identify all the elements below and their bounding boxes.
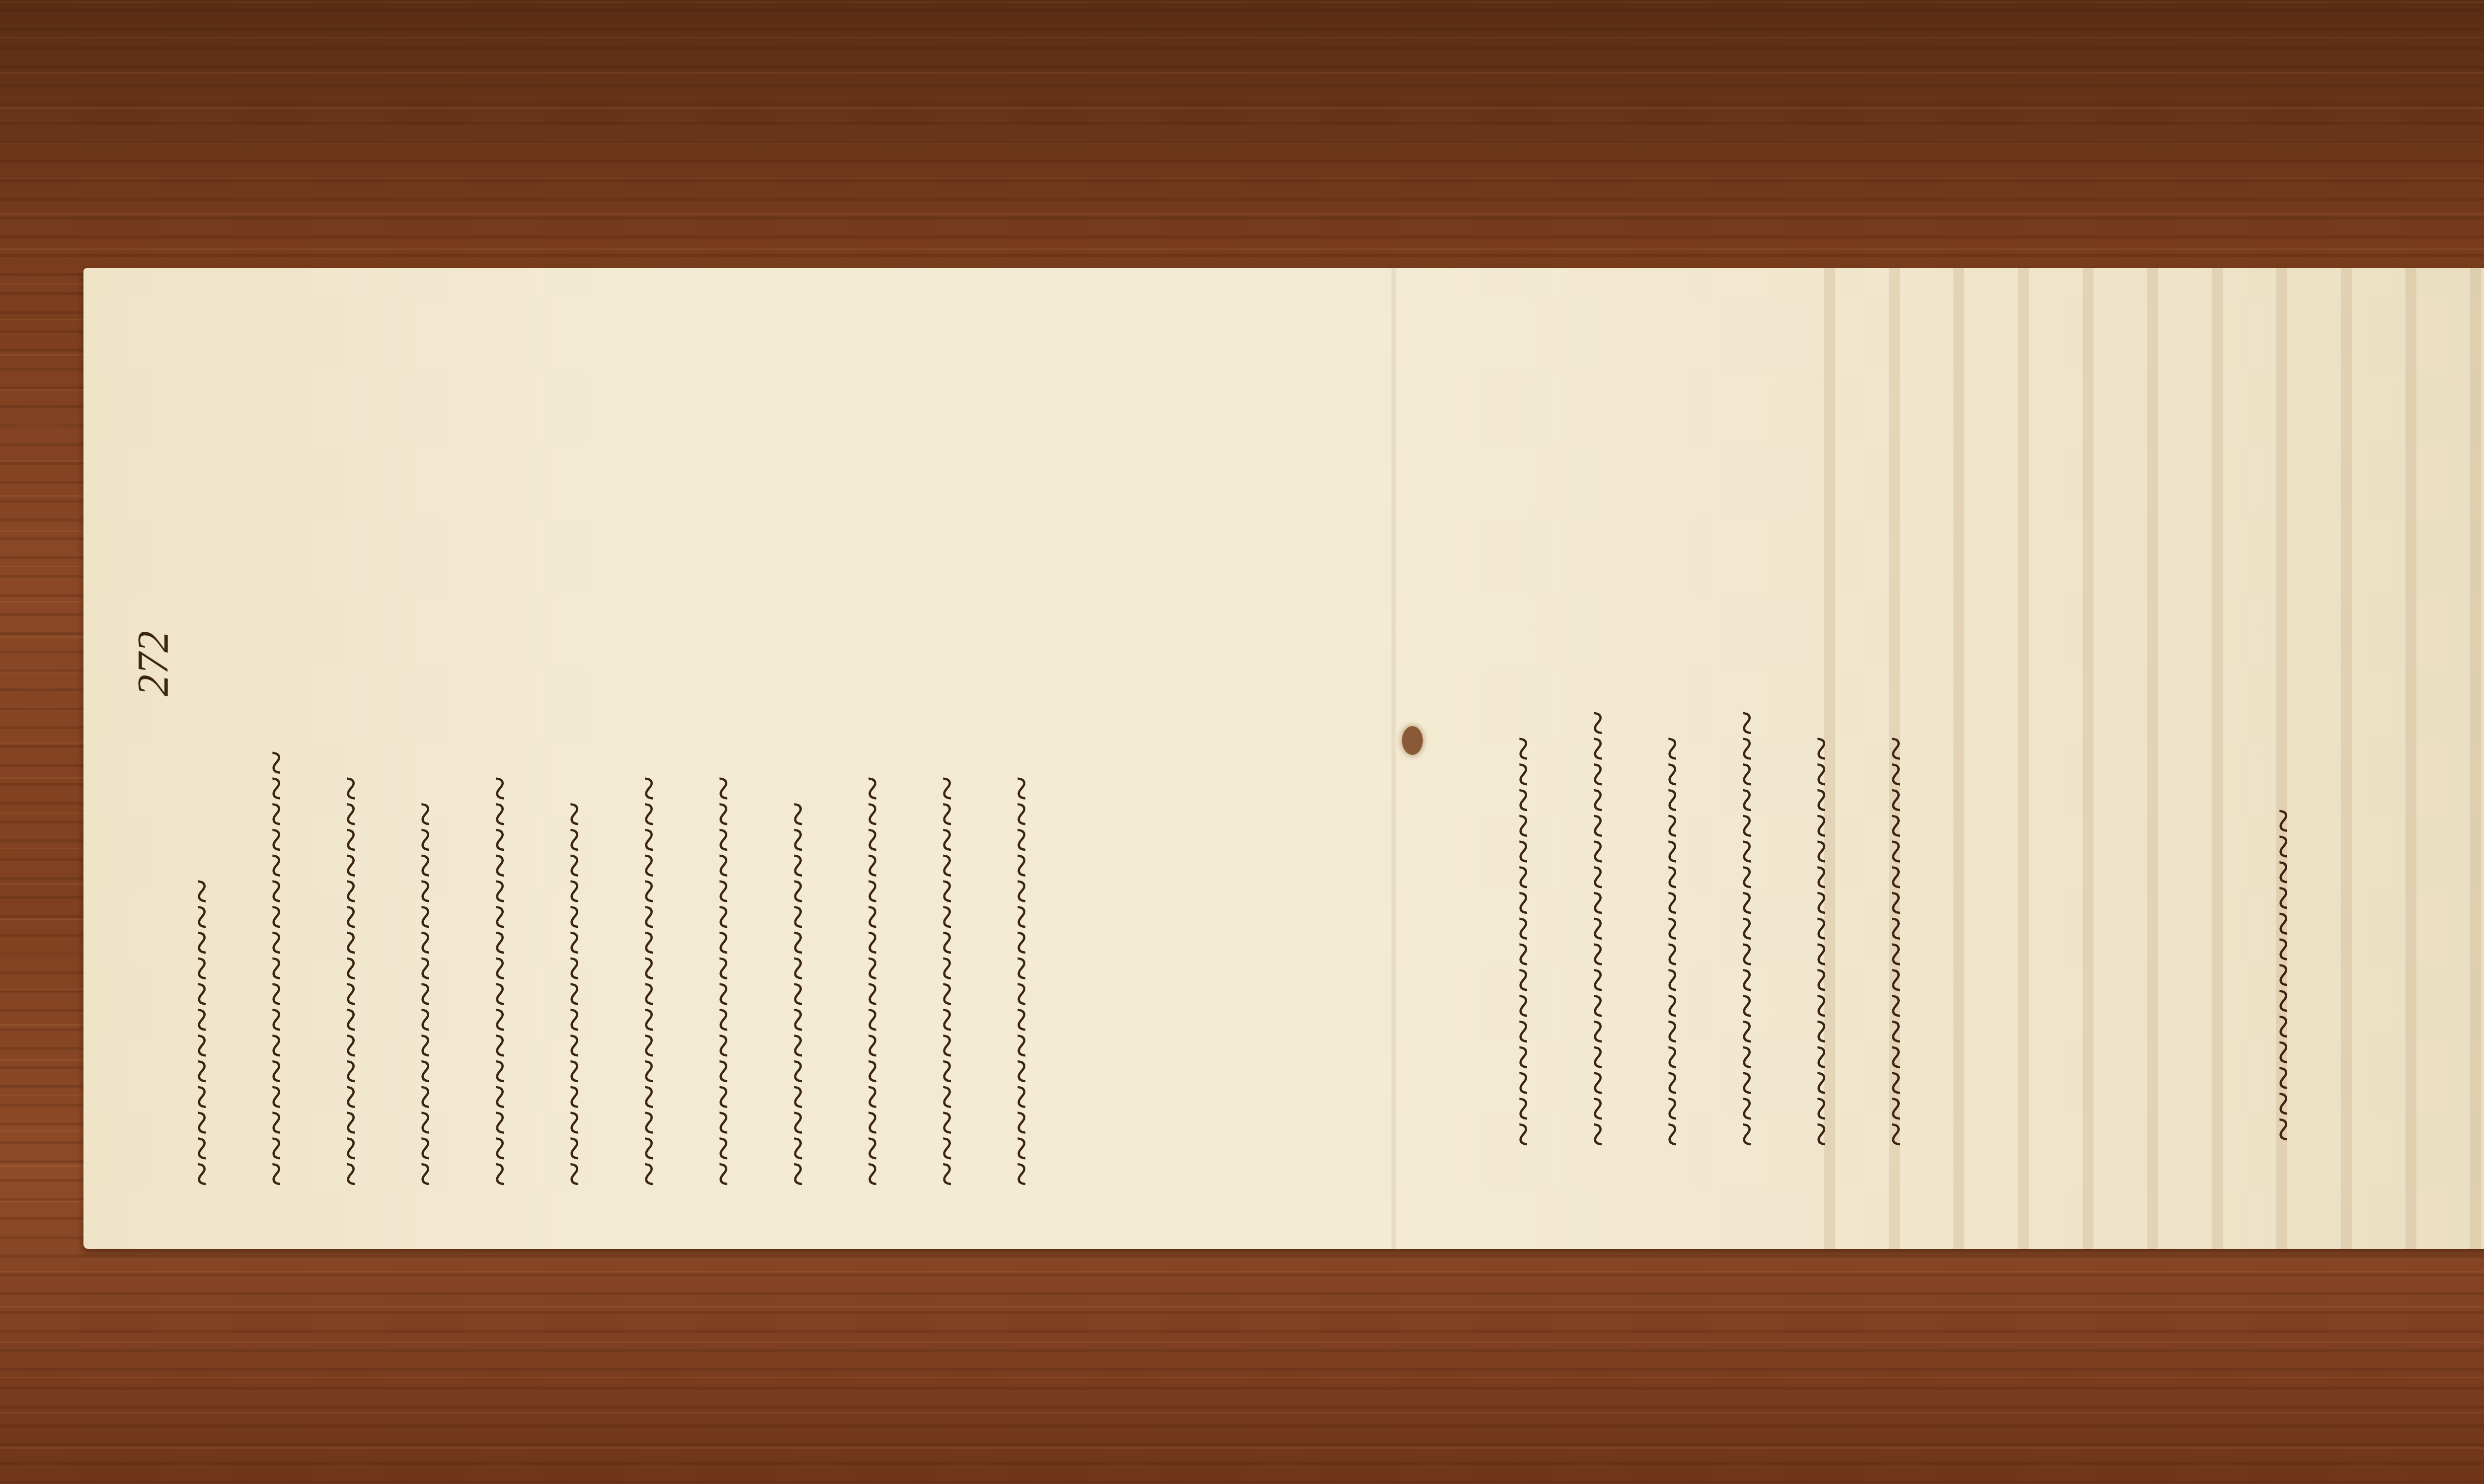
text-line: ~~~~~~~~~~~~ (164, 318, 238, 1187)
text-line: ~~~~~~~~~~~~~~~~ (1858, 377, 1933, 1147)
text-line: ~~~~~~~~~~~~~~~~ (1485, 377, 1560, 1147)
text-line: ~~~~~~~~~~~~~~~~ (835, 318, 909, 1187)
text-line: ~~~~~~~~~~~~~~~~~ (238, 318, 313, 1187)
text-line: ~~~~~~~~~~~~~~~~ (313, 318, 388, 1187)
paper-hole (1402, 726, 1423, 755)
text-line: ~~~~~~~~~~~~~~~~ (1784, 377, 1858, 1147)
text-block-left: ~~~~~~~~~~~~ ~~~~~~~~~~~~~~~~~ ~~~~~~~~~… (164, 318, 1058, 1187)
text-line: ~~~~~~~~~~~~~~~ (760, 318, 835, 1187)
paper-fold (1390, 268, 1397, 1249)
text-line: ~~~~~~~~~~~~~~~~ (909, 318, 984, 1187)
text-line: ~~~~~~~~~~~~~~~~ (984, 318, 1058, 1187)
text-line: ~~~~~~~~~~~~~~~~~ (1560, 377, 1634, 1147)
text-line: ~~~~~~~~~~~~~~~~ (611, 318, 686, 1187)
text-line: ~~~~~~~~~~~~~~~~ (1634, 377, 1709, 1147)
text-line: ~~~~~~~~~~~~~ (2246, 497, 2320, 1142)
text-line: ~~~~~~~~~~~~~~~~~ (1709, 377, 1784, 1147)
text-line: ~~~~~~~~~~~~~~~~ (462, 318, 537, 1187)
text-block-address: ~~~~~~~~~~~~~ (2246, 497, 2320, 1142)
text-line: ~~~~~~~~~~~~~~~ (388, 318, 462, 1187)
text-line: ~~~~~~~~~~~~~~~~ (686, 318, 760, 1187)
text-block-middle: ~~~~~~~~~~~~~~~~ ~~~~~~~~~~~~~~~~~ ~~~~~… (1485, 377, 1933, 1147)
text-line: ~~~~~~~~~~~~~~~ (537, 318, 611, 1187)
